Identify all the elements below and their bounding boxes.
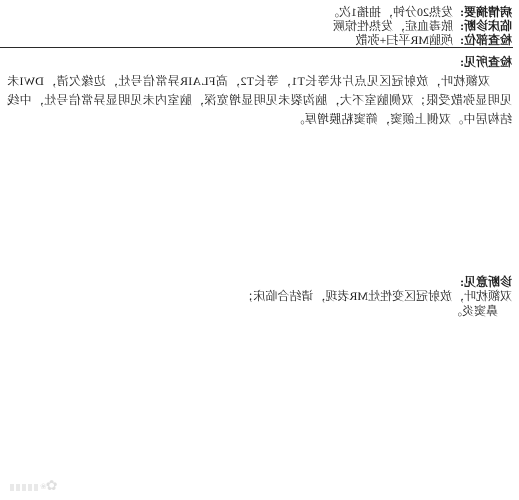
report-page: 病情摘要: 发热20分钟，抽搐1次。 临床诊断: 脓毒血症，发热性惊厥 检查部位… xyxy=(0,0,519,500)
diagnosis-value: 脓毒血症，发热性惊厥 xyxy=(333,19,453,33)
section-divider xyxy=(0,47,513,48)
watermark-text xyxy=(8,484,38,491)
report-summary-block: 病情摘要: 发热20分钟，抽搐1次。 临床诊断: 脓毒血症，发热性惊厥 检查部位… xyxy=(0,0,519,47)
summary-row-condition: 病情摘要: 发热20分钟，抽搐1次。 xyxy=(7,5,512,19)
flower-icon: ✿ xyxy=(46,480,58,494)
exam-site-label: 检查部位: xyxy=(460,33,512,47)
condition-value: 发热20分钟，抽搐1次。 xyxy=(327,5,453,19)
exam-site-value: 颅脑MR平扫+弥散 xyxy=(356,33,453,47)
condition-label: 病情摘要: xyxy=(460,5,512,19)
findings-body-text: 双额枕叶，放射冠区见点片状等长T1，等长T2，高FLAIR异常信号灶，边缘欠清，… xyxy=(7,72,512,129)
impression-line-1: 双额枕叶，放射冠区变性灶MR表现，请结合临床； xyxy=(7,289,512,304)
findings-section: 检查所见: 双额枕叶，放射冠区见点片状等长T1，等长T2，高FLAIR异常信号灶… xyxy=(0,47,519,129)
flower-small-icon: ❀ xyxy=(40,483,47,491)
impression-heading: 诊断意见: xyxy=(7,275,512,289)
summary-row-diagnosis: 临床诊断: 脓毒血症，发热性惊厥 xyxy=(7,19,512,33)
summary-row-exam-site: 检查部位: 颅脑MR平扫+弥散 xyxy=(7,33,512,47)
findings-heading: 检查所见: xyxy=(7,55,512,69)
diagnosis-label: 临床诊断: xyxy=(460,19,512,33)
watermark-logo: ✿ ❀ xyxy=(8,480,57,494)
impression-line-2: 鼻窦炎。 xyxy=(7,304,512,319)
impression-section: 诊断意见: 双额枕叶，放射冠区变性灶MR表现，请结合临床； 鼻窦炎。 xyxy=(0,275,519,319)
